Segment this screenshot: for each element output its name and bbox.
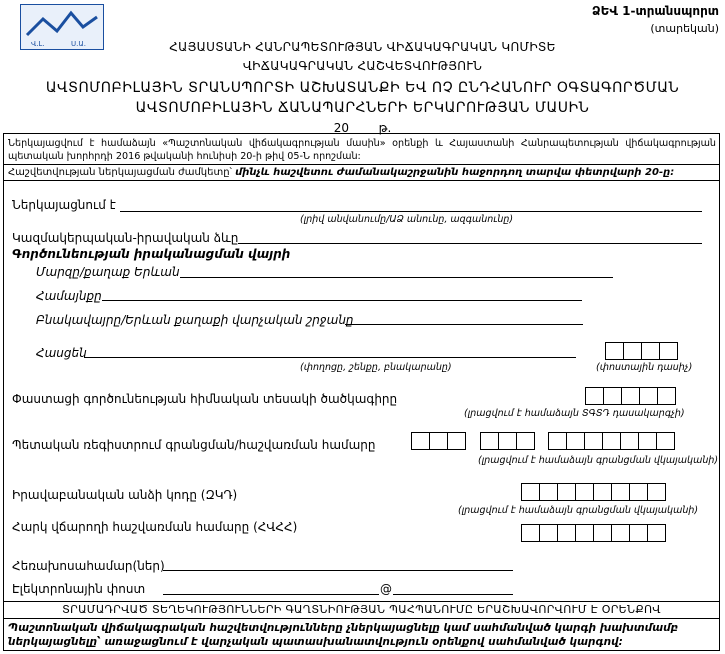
email-at-sign: @ <box>380 582 392 596</box>
activity-code-cell[interactable] <box>639 387 658 405</box>
activity-code-cell[interactable] <box>657 387 676 405</box>
divider <box>3 601 720 602</box>
postal-code-cells[interactable] <box>605 342 677 360</box>
legal-entity-code-cell[interactable] <box>647 483 666 501</box>
legal-form-label: Կազմակերպական-իրավական ձևը <box>12 231 238 245</box>
committee-name: ՀԱՅԱՍՏԱՆԻ ՀԱՆՐԱՊԵՏՈՒԹՅԱՆ ՎԻՃԱԿԱԳՐԱԿԱՆ ԿՈ… <box>0 40 725 54</box>
address-field[interactable] <box>84 357 576 358</box>
form-code: ՁԵՎ 1-տրանսպորտ <box>592 4 719 18</box>
form-period: (տարեկան) <box>650 22 719 35</box>
postal-code-cell[interactable] <box>659 342 678 360</box>
address-hint: (փողոցը, շենքը, բնակարանը) <box>300 362 452 373</box>
submission-deadline: Հաշվետվության ներկայացման ժամկետը՝ մինչև… <box>8 167 674 178</box>
tin-cells[interactable] <box>521 524 665 542</box>
legal-entity-code-cell[interactable] <box>629 483 648 501</box>
address-label: Հասցեն <box>36 346 87 360</box>
phone-label: Հեռախոսահամար(ներ) <box>12 559 165 573</box>
registration-cell[interactable] <box>480 432 499 450</box>
registration-cell[interactable] <box>429 432 448 450</box>
confidentiality-notice: ՏՐԱՄԱԴՐՎԱԾ ՏԵՂԵԿՈՒԹՅՈՒՆՆԵՐԻ ԳԱՂՏՆԻՈՒԹՅԱՆ… <box>3 603 720 616</box>
registration-cell[interactable] <box>498 432 517 450</box>
tin-cell[interactable] <box>611 524 630 542</box>
settlement-field[interactable] <box>345 324 583 325</box>
registration-cell[interactable] <box>638 432 657 450</box>
legal-entity-code-cell[interactable] <box>539 483 558 501</box>
postal-code-cell[interactable] <box>641 342 660 360</box>
tin-cell[interactable] <box>557 524 576 542</box>
registration-cell[interactable] <box>447 432 466 450</box>
region-label: Մարզը/քաղաք Երևան <box>36 265 180 279</box>
tin-cell[interactable] <box>521 524 540 542</box>
form-title-line2: ԱՎՏՈՄՈԲԻԼԱՅԻՆ ՃԱՆԱՊԱՐՀՆԵՐԻ ԵՐԿԱՐՈՒԹՅԱՆ Մ… <box>0 100 725 116</box>
legal-entity-code-cell[interactable] <box>593 483 612 501</box>
registration-cells-group3[interactable] <box>548 432 674 450</box>
location-heading: Գործունեության իրականացման վայրի <box>12 247 290 261</box>
submitter-field[interactable] <box>120 211 702 212</box>
submitter-label: Ներկայացնում է <box>12 198 116 212</box>
email-user-field[interactable] <box>163 594 379 595</box>
legal-form-field[interactable] <box>238 243 702 244</box>
deadline-value: մինչև հաշվետու ժամանակաշրջանին հաջորդող … <box>235 167 674 178</box>
registration-cells-group2[interactable] <box>480 432 534 450</box>
legal-entity-code-cell[interactable] <box>575 483 594 501</box>
registration-number-label: Պետական ռեգիստրում գրանցման/հաշվառման հա… <box>12 438 376 452</box>
tin-cell[interactable] <box>593 524 612 542</box>
postal-code-cell[interactable] <box>605 342 624 360</box>
registration-cell[interactable] <box>620 432 639 450</box>
phone-field[interactable] <box>163 570 513 571</box>
deadline-label: Հաշվետվության ներկայացման ժամկետը՝ <box>8 167 232 178</box>
tin-cell[interactable] <box>629 524 648 542</box>
region-field[interactable] <box>180 277 613 278</box>
submitter-hint: (լրիվ անվանումը/ԱՁ անունը, ազգանունը) <box>300 214 513 225</box>
legal-entity-code-cell[interactable] <box>557 483 576 501</box>
registration-cell[interactable] <box>602 432 621 450</box>
community-label: Համայնքը <box>36 289 102 303</box>
activity-code-cell[interactable] <box>603 387 622 405</box>
tin-cell[interactable] <box>575 524 594 542</box>
tin-label: Հարկ վճարողի հաշվառման համարը (ՀՎՀՀ) <box>12 520 297 534</box>
report-type: ՎԻՃԱԿԱԳՐԱԿԱՆ ՀԱՇՎԵՏՎՈՒԹՅՈՒՆ <box>0 59 725 73</box>
divider <box>3 618 720 619</box>
legal-entity-code-cells[interactable] <box>521 483 665 501</box>
registration-cell[interactable] <box>566 432 585 450</box>
divider <box>3 180 720 181</box>
divider <box>3 164 720 165</box>
legal-entity-code-label: Իրավաբանական անձի կոդը (ԶԿԴ) <box>12 488 237 502</box>
settlement-label: Բնակավայրը/Երևան քաղաքի վարչական շրջանը <box>36 313 354 327</box>
activity-code-cell[interactable] <box>585 387 604 405</box>
registration-cell[interactable] <box>584 432 603 450</box>
tin-cell[interactable] <box>647 524 666 542</box>
registration-cell[interactable] <box>548 432 567 450</box>
email-domain-field[interactable] <box>393 594 513 595</box>
registration-cells-group1[interactable] <box>411 432 465 450</box>
activity-code-cell[interactable] <box>621 387 640 405</box>
postal-code-cell[interactable] <box>623 342 642 360</box>
registration-cell[interactable] <box>656 432 675 450</box>
activity-code-hint: (լրացվում է համաձայն ՏԳՏԴ դասակարգչի) <box>464 408 685 419</box>
legal-entity-code-cell[interactable] <box>611 483 630 501</box>
legal-entity-code-cell[interactable] <box>521 483 540 501</box>
legal-entity-code-hint: (լրացվում է համաձայն գրանցման վկայականի) <box>458 505 698 516</box>
registration-cell[interactable] <box>411 432 430 450</box>
legal-basis-text: Ներկայացվում է համաձայն «Պաշտոնական վիճա… <box>8 137 716 163</box>
postal-code-hint: (փոստային դասիչ) <box>596 362 692 373</box>
activity-code-cells[interactable] <box>585 387 675 405</box>
activity-code-label: Փաստացի գործունեության հիմնական տեսակի ծ… <box>12 392 397 406</box>
tin-cell[interactable] <box>539 524 558 542</box>
community-field[interactable] <box>102 300 582 301</box>
registration-cell[interactable] <box>516 432 535 450</box>
liability-notice: Պաշտոնական վիճակագրական հաշվետվություննե… <box>8 621 716 649</box>
form-title-line1: ԱՎՏՈՄՈԲԻԼԱՅԻՆ ՏՐԱՆՍՊՈՐՏԻ ԱՇԽԱՏԱՆՔԻ ԵՎ ՈՉ… <box>0 80 725 96</box>
email-label: Էլեկտրոնային փոստ <box>12 582 145 596</box>
registration-hint: (լրացվում է համաձայն գրանցման վկայականի) <box>478 455 718 466</box>
